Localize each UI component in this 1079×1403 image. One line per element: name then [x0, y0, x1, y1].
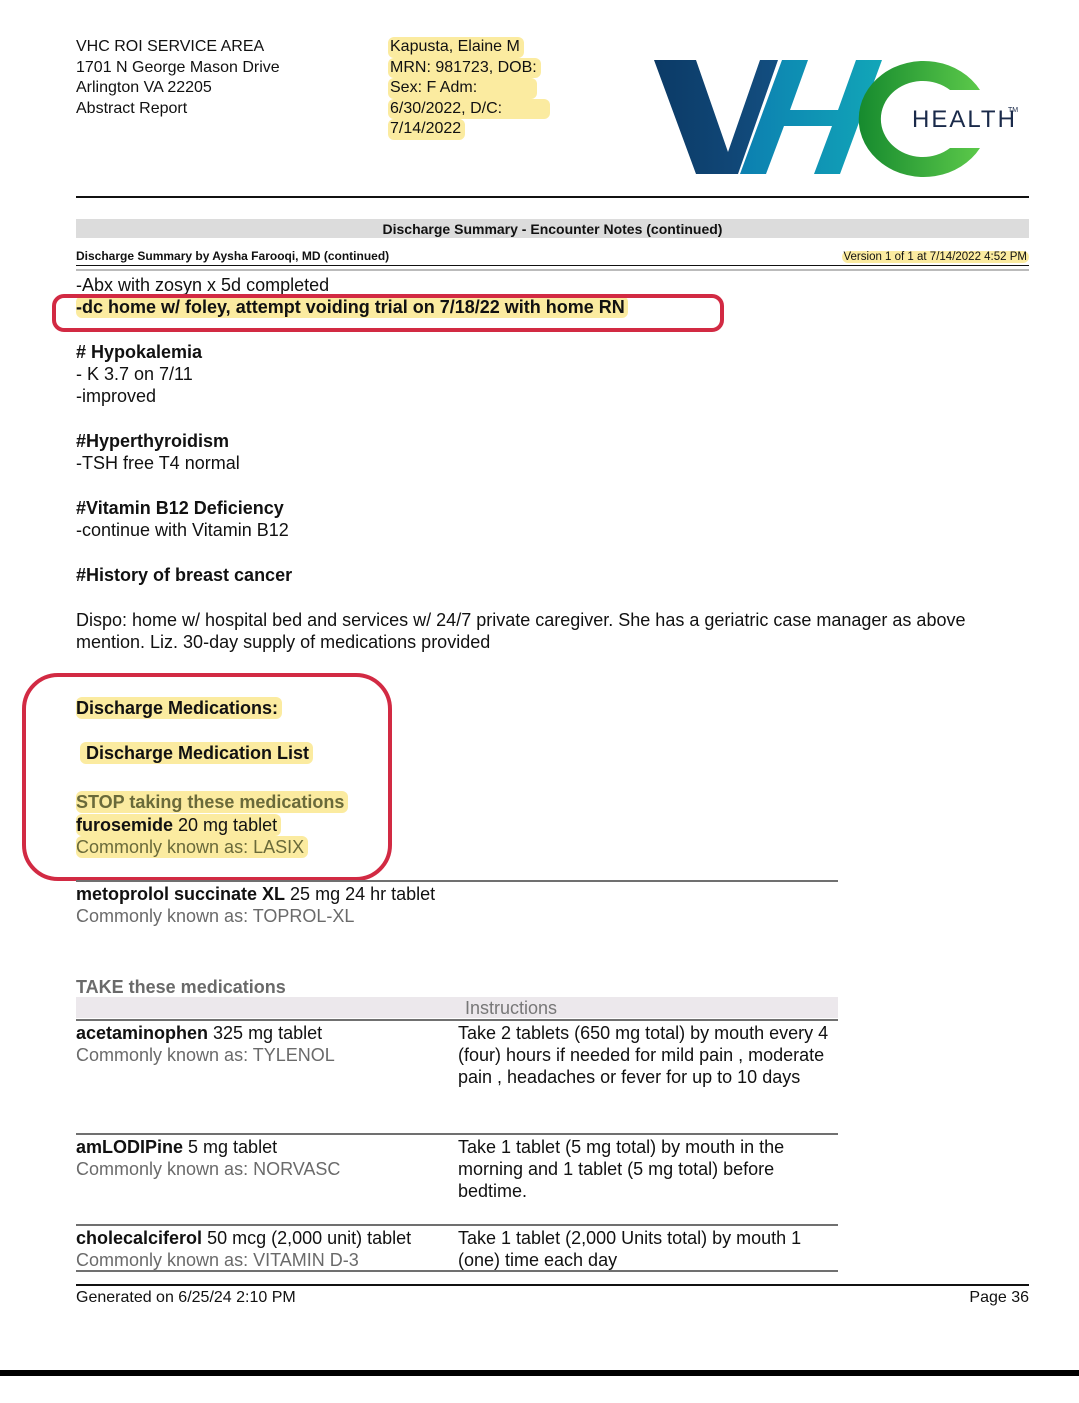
discharge-medications-heading: Discharge Medications: — [76, 697, 282, 719]
logo-health-text: HEALTH — [912, 106, 1017, 133]
page-edge-bar — [0, 1370, 1079, 1376]
take-med-cholecalciferol: cholecalciferol 50 mcg (2,000 unit) tabl… — [76, 1227, 411, 1271]
patient-line: 6/30/2022, D/C: — [388, 99, 550, 120]
take-med-amlodipine-instructions: Take 1 tablet (5 mg total) by mouth in t… — [458, 1136, 838, 1202]
vhc-health-logo: HEALTH TM — [650, 52, 1030, 182]
take-med-acetaminophen: acetaminophen 325 mg tablet Commonly kno… — [76, 1022, 335, 1066]
address-line: 1701 N George Mason Drive — [76, 58, 280, 79]
table-bottom-rule — [76, 1270, 838, 1272]
facility-address: VHC ROI SERVICE AREA 1701 N George Mason… — [76, 37, 280, 119]
problem-b12: #Vitamin B12 Deficiency -continue with V… — [76, 497, 289, 541]
take-med-amlodipine: amLODIPine 5 mg tablet Commonly known as… — [76, 1136, 340, 1180]
stop-med-furosemide: furosemide 20 mg tablet — [76, 814, 281, 836]
instructions-column-header: Instructions — [465, 997, 557, 1019]
table-header-rule — [76, 1019, 838, 1021]
address-line: Arlington VA 22205 — [76, 78, 280, 99]
annotation-box-dc-home — [52, 294, 724, 332]
patient-line: MRN: 981723, DOB: — [388, 58, 541, 79]
medication-list-title: Discharge Medication List — [80, 742, 313, 764]
svg-text:TM: TM — [1008, 107, 1018, 114]
section-title-bar: Discharge Summary - Encounter Notes (con… — [76, 219, 1029, 238]
patient-info: Kapusta, Elaine M MRN: 981723, DOB: Sex:… — [388, 37, 550, 140]
byline-rule-secondary — [76, 269, 1029, 271]
header-divider — [76, 196, 1029, 198]
note-abx: -Abx with zosyn x 5d completed — [76, 274, 329, 296]
address-line: VHC ROI SERVICE AREA — [76, 37, 280, 58]
version-stamp: Version 1 of 1 at 7/14/2022 4:52 PM — [842, 251, 1030, 263]
address-line: Abstract Report — [76, 99, 280, 120]
patient-line: Sex: F Adm: — [388, 78, 537, 99]
take-heading: TAKE these medications — [76, 976, 286, 998]
take-med-acetaminophen-instructions: Take 2 tablets (650 mg total) by mouth e… — [458, 1022, 838, 1088]
med-divider — [76, 880, 838, 882]
stop-med-metoprolol-known-as: Commonly known as: TOPROL-XL — [76, 905, 354, 927]
dispo-note: Dispo: home w/ hospital bed and services… — [76, 609, 1016, 653]
problem-hypokalemia: # Hypokalemia - K 3.7 on 7/11 -improved — [76, 341, 202, 407]
author-byline: Discharge Summary by Aysha Farooqi, MD (… — [76, 249, 389, 263]
generated-timestamp: Generated on 6/25/24 2:10 PM — [76, 1289, 296, 1307]
table-row-rule — [76, 1133, 838, 1135]
footer-divider — [76, 1284, 1029, 1286]
stop-heading: STOP taking these medications — [76, 791, 348, 813]
byline-rule — [76, 265, 1029, 266]
patient-line: 7/14/2022 — [388, 119, 465, 140]
stop-med-furosemide-known-as: Commonly known as: LASIX — [76, 836, 308, 858]
patient-line: Kapusta, Elaine M — [388, 37, 524, 58]
table-row-rule — [76, 1224, 838, 1226]
stop-med-metoprolol: metoprolol succinate XL 25 mg 24 hr tabl… — [76, 883, 435, 905]
take-med-cholecalciferol-instructions: Take 1 tablet (2,000 Units total) by mou… — [458, 1227, 838, 1271]
page-number: Page 36 — [969, 1289, 1029, 1307]
problem-breast-cancer: #History of breast cancer — [76, 564, 292, 586]
instructions-header-row: Instructions — [76, 997, 838, 1018]
problem-hyperthyroidism: #Hyperthyroidism -TSH free T4 normal — [76, 430, 240, 474]
